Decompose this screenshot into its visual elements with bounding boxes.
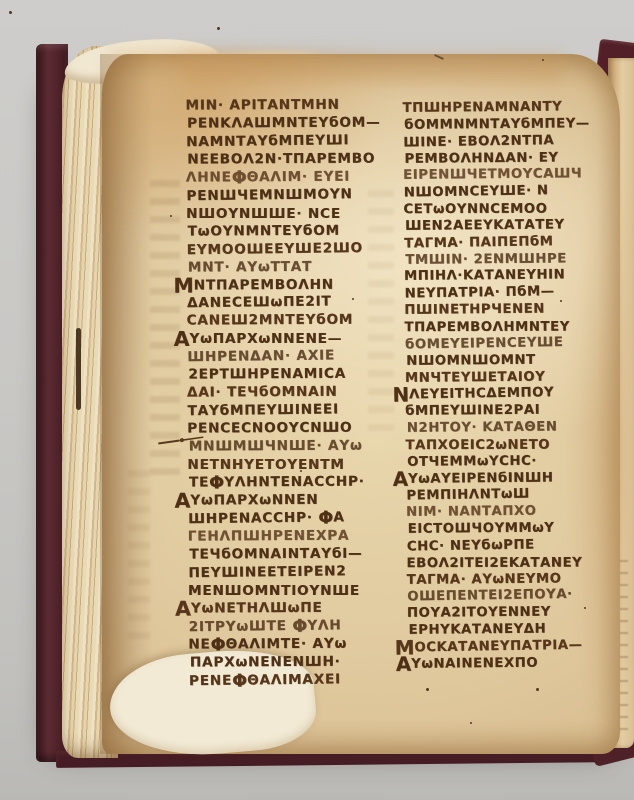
ink-speck (470, 722, 472, 724)
text-line: ΠΟΥΑ2ΙΤΟΥΕΝΝΕΥ (407, 604, 593, 622)
large-phi-glyph: Φ (318, 512, 333, 525)
text-line: Ν2ΗΤΟΥ· ΚΑΤΑΘΕΝ (407, 419, 593, 437)
text-column-left: ΜΙΝ· ΑΡΙΤΑΝΤΜΗΝΡΕΝΚΛΑШΜΝΤΕΥбΟΜ—ΝΑΜΝΤΑΥбΜ… (185, 96, 381, 689)
text-line: ΤΜШΙΝ· 2ΕΝΜШΗΡΕ (405, 251, 591, 269)
text-line: ΠΕΥШΙΝΕΕΤΕΙΡΕΝ2 (188, 563, 382, 583)
large-phi-glyph: Φ (232, 675, 247, 688)
ink-speck (170, 215, 172, 217)
text-line: ΡΕΝШЧΕΜΝШΜΟΥΝ (186, 186, 380, 206)
text-line: бΟΜΜΝΜΝΤΑΥбΜΠΕΥ— (404, 116, 590, 134)
dust-speck (217, 27, 220, 30)
ink-speck (352, 298, 354, 300)
text-line: ΓΕΗΛΠШΗΡΕΝΕΧΡΑ (188, 527, 381, 546)
text-line: ΝΕΦΘΑΛΙΜΤΕ· ΑΥω (188, 635, 381, 654)
enlarged-initial: Α (175, 600, 191, 616)
text-line: ΜΝΤ· ΑΥωΤΤΑΤ (188, 258, 381, 277)
text-line: ΑΥωΠΑΡΧωΝΝΕΝ (188, 491, 381, 510)
text-line: ΝΕΕΒΟΛ2Ν·ΤΠΑΡΕΜΒΟ (187, 150, 380, 169)
text-line: ΝШΟΥΝШШΕ· ΝCΕ (186, 206, 379, 224)
text-line: ΤΑΥбΜΠΕΥШΙΝΕΕΙ (187, 401, 381, 421)
enlarged-initial: Ν (392, 388, 409, 404)
large-phi-glyph: Φ (211, 639, 226, 651)
text-line: ΤΕЧбΟΜΝΑΙΝΤΑΥбΙ— (189, 545, 382, 564)
text-line: ШΗΡΕΝΑCCΗΡ· ΦΑ (188, 509, 382, 529)
text-line: ΤΠШΗΡΕΝΑΜΝΑΝΤΥ (403, 99, 589, 117)
text-line: ΡΕΝΚΛΑШΜΝΤΕΥбΟΜ— (187, 114, 380, 133)
dust-speck (9, 11, 12, 14)
enlarged-initial: Α (174, 331, 190, 347)
enlarged-initial: Α (393, 471, 408, 487)
text-line: ΤΕΦΥΛΗΝΤΕΝΑCCΗΡ· (189, 474, 382, 493)
text-line: ΡΕΜΒΟΛΗΝΔΑΝ· ΕΥ (404, 150, 590, 168)
text-line: ΜΝШΜШЧΝШΕ· ΑΥω (189, 438, 382, 457)
text-line: ΡΕΝCΕCΝΟΟΥCΝШΟ (187, 420, 380, 439)
text-line: ΝΙΜ· ΝΑΝΤΑΠΧΟ (406, 503, 592, 521)
text-line: ΝШΟΜΝCΕΥШΕ· Ν (404, 183, 590, 203)
text-line: ΕΥΜΟΟШΕΕΥШΕ2ШΟ (187, 239, 381, 259)
manuscript-photo: ΜΙΝ· ΑΡΙΤΑΝΤΜΗΝΡΕΝΚΛΑШΜΝΤΕΥбΟΜ—ΝΑΜΝΤΑΥбΜ… (0, 0, 634, 800)
text-line: ΟΤЧΕΜΜωΥCΗC· (407, 453, 593, 471)
text-line: 2ΙΤΡΥωШΤΕ ΦΥΛΗ (189, 616, 383, 636)
text-line: ΤωΟΥΝΜΝΤΕΥбΟΜ (188, 222, 381, 241)
text-line: ΜΝΤΠΑΡΕΜΒΟΛΗΝ (186, 276, 379, 295)
text-line: ΡΕΝΕΦΘΑΛΙΜΑΧΕΙ (189, 670, 383, 690)
ink-speck (536, 688, 539, 691)
ink-speck (560, 300, 562, 302)
enlarged-initial: Α (175, 492, 191, 508)
large-phi-glyph: Φ (292, 620, 307, 633)
text-line: бΜΠΕΥШΙΝΕ2ΡΑΙ (405, 402, 591, 420)
text-line: ΝΕΥΠΑΤΡΙΑ· ΠбΜ̄— (405, 284, 591, 304)
text-line: ΔΑΝΕCΕШωΠΕ2ΙΤ (187, 293, 381, 313)
text-column-right: ΤΠШΗΡΕΝΑΜΝΑΝΤΥбΟΜΜΝΜΝΤΑΥбΜΠΕΥ—ШΙΝΕ· ΕΒΟΛ… (403, 99, 593, 673)
ink-speck (584, 607, 586, 609)
enlarged-initial: Μ (173, 277, 193, 293)
text-line: ШΕΝ2ΑΕΕΥΚΑΤΑΤΕΥ (405, 217, 591, 235)
dark-page-edge-mark (76, 328, 81, 410)
large-phi-glyph: Φ (209, 477, 224, 489)
text-line: ΝΛΕΥΕΙΤΗCΔΕΜΠΟΥ (405, 385, 591, 405)
text-line: CΗC· ΝΕΥбωΡΠΕ (407, 536, 593, 556)
ink-speck (300, 470, 302, 472)
large-phi-glyph: Φ (232, 172, 247, 184)
text-line: 2ΕΡΤШΗΡΕΝΑΜΙCΑ (188, 366, 381, 385)
text-line: ΝШΟΜΝШΟΜΝΤ (406, 352, 592, 370)
text-line: ΜΙΝ· ΑΡΙΤΑΝΤΜΗΝ (185, 96, 378, 115)
text-line: ΔΑΙ· ΤΕЧбΟΜΝΑΙΝ (187, 384, 380, 403)
dust-speck (542, 59, 544, 61)
ink-speck (426, 688, 429, 691)
text-line: ΠΑΡΧωΝΕΝΕΝШΗ· (190, 653, 383, 672)
text-line: ΟШΕΠΕΝΤΕΙ2ΕΠΟΥΑ· (407, 587, 593, 607)
text-line: ШΗΡΕΝΔΑΝ· ΑΧΙΕ (187, 347, 381, 367)
enlarged-initial: Α (396, 657, 411, 673)
text-line: ΛΗΝΕΦΘΑΛΙΜ· ΕΥΕΙ (186, 168, 379, 187)
show-through-ghost-text (128, 470, 150, 650)
text-line: ΜΕΝШΟΜΝΤΙΟΥΝШΕ (188, 583, 381, 601)
text-line: ΝΕΤΝΗΥΕΤΟΥΕΝΤΜ̄ (187, 457, 380, 475)
text-line: ΕΒΟΛ2ΙΤΕΙ2ΕΚΑΤΑΝΕΥ (407, 555, 592, 572)
text-line: CΑΝΕШ2ΜΝΤΕΥбΟΜ (187, 312, 380, 331)
text-line: ΠШΙΝΕΤΗΡЧΕΝΕΝ (404, 301, 590, 319)
text-line: ΑΥωΝΑΙΝΕΝΕΧΠΟ (409, 655, 595, 673)
parchment-stain-top (182, 54, 562, 84)
text-line: ΝΑΜΝΤΑΥбΜΠΕΥШΙ (186, 132, 380, 152)
text-line: ΑΥωΝΕΤΗΛШωΠΕ (188, 599, 381, 618)
